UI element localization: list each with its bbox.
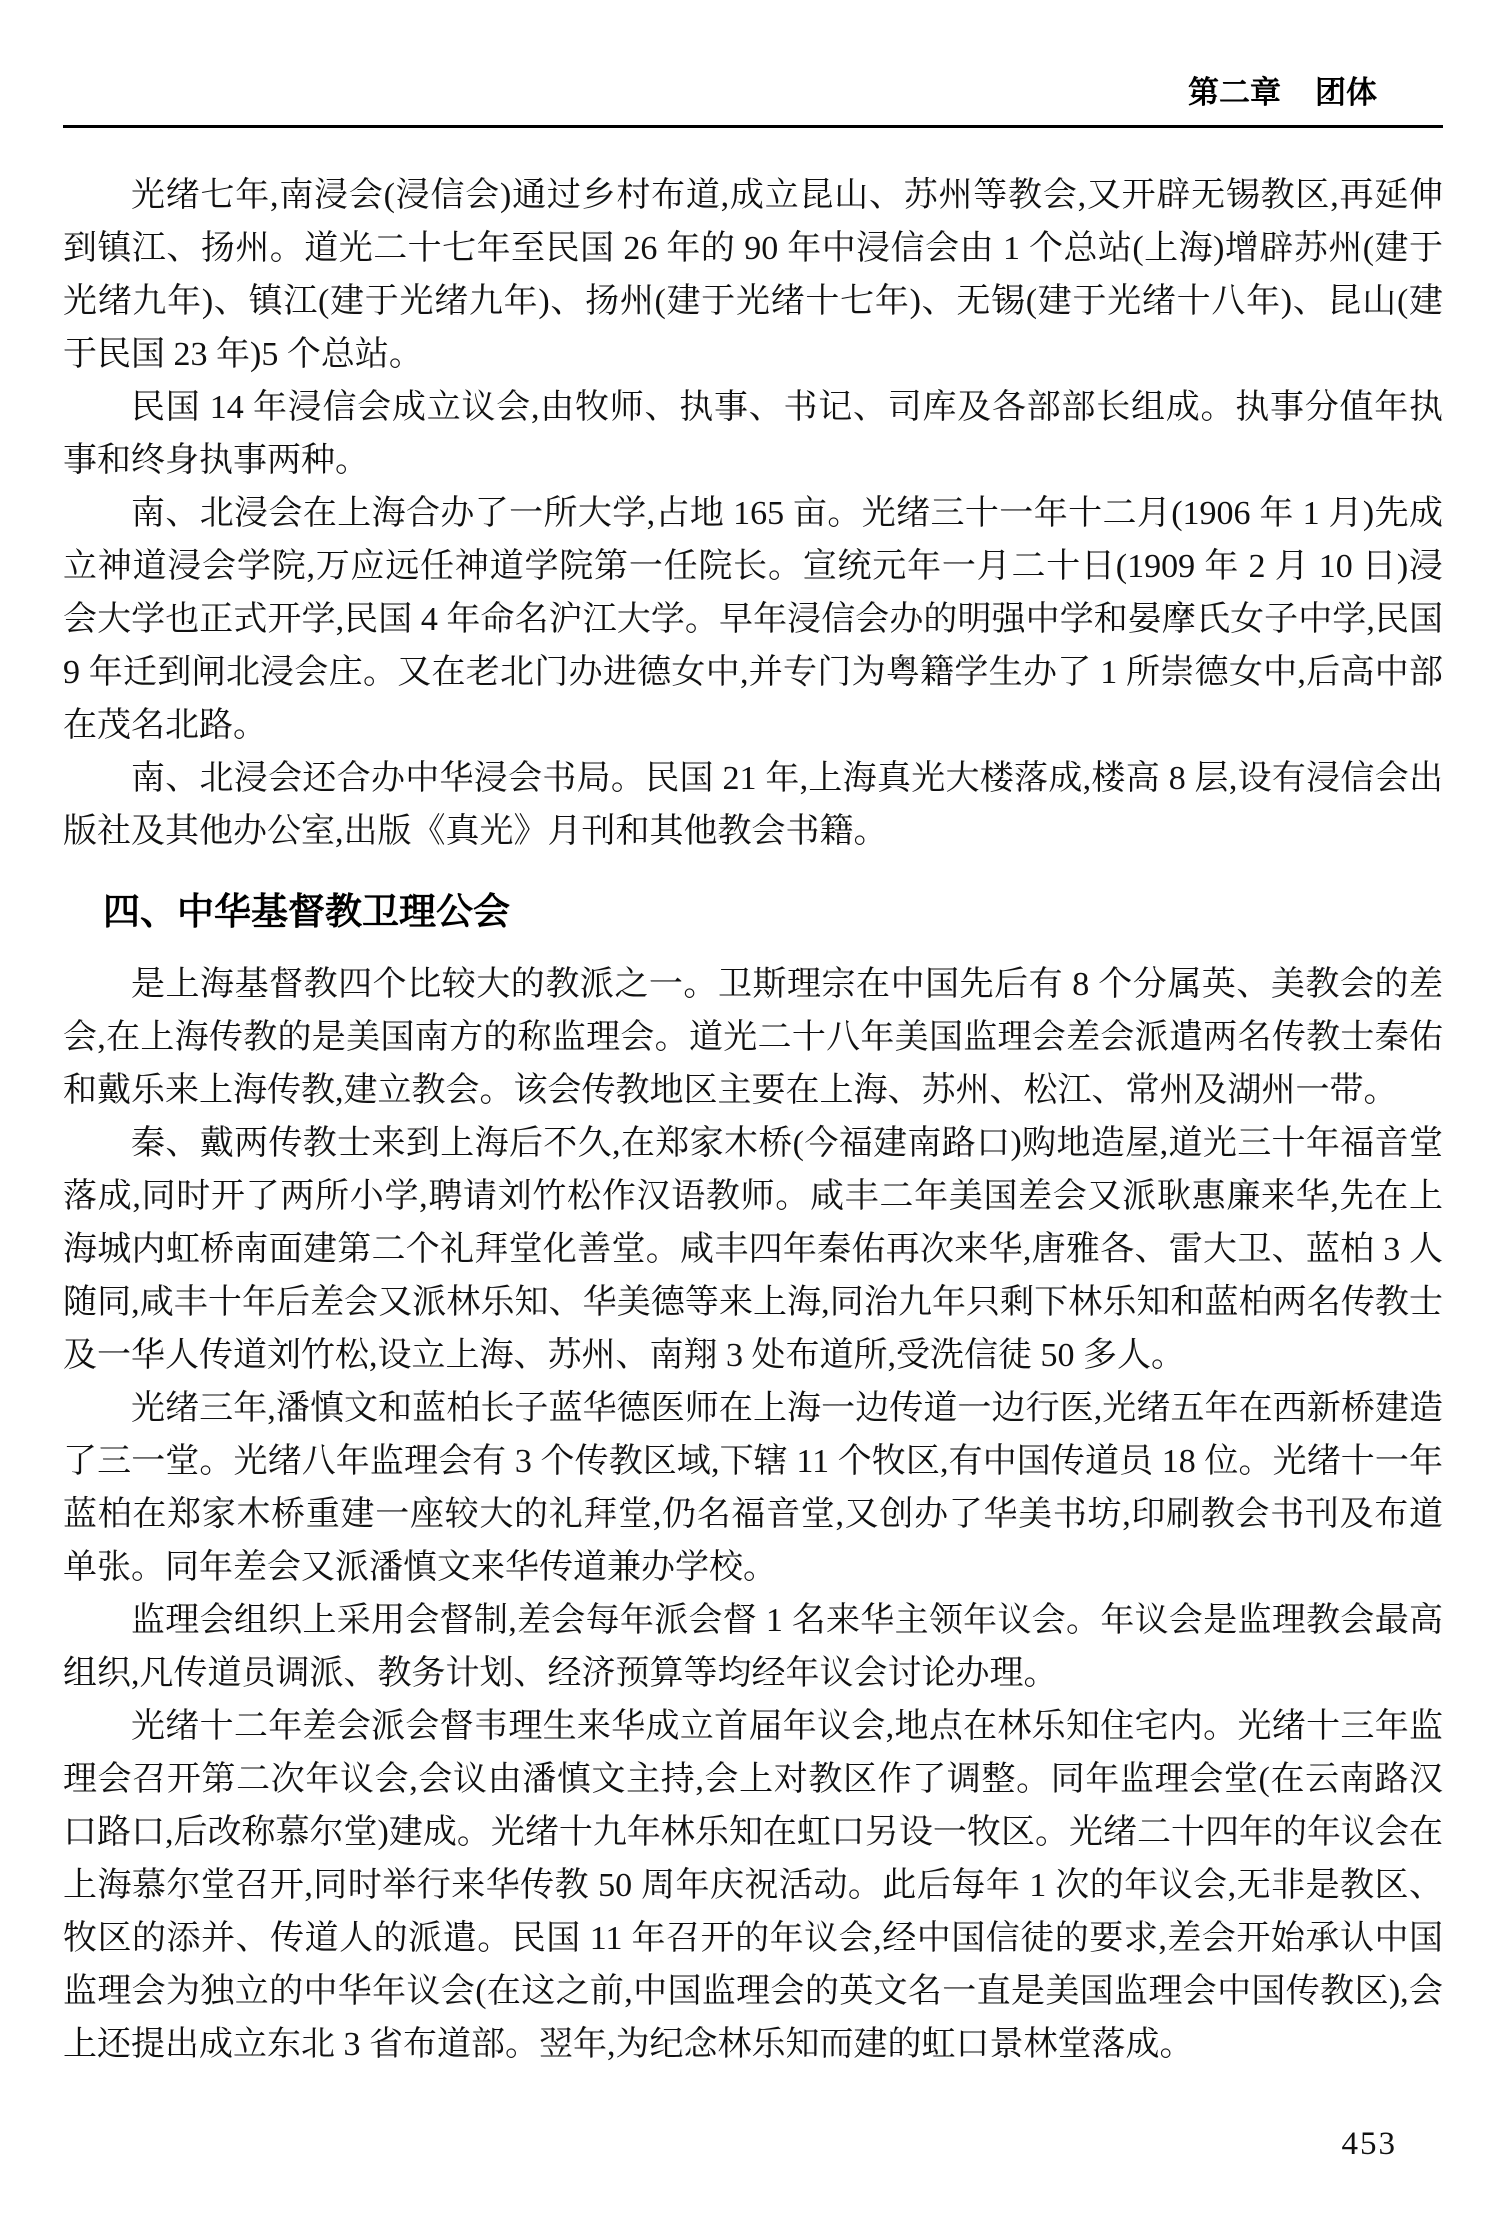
page-number: 453 [1342, 2126, 1398, 2163]
paragraph-methodist-annual-conference: 光绪十二年差会派会督韦理生来华成立首届年议会,地点在林乐知住宅内。光绪十三年监理… [63, 1700, 1443, 2071]
paragraph-methodist-early-missionaries: 秦、戴两传教士来到上海后不久,在郑家木桥(今福建南路口)购地造屋,道光三十年福音… [63, 1117, 1443, 1382]
chapter-label: 第二章 [1188, 75, 1281, 110]
running-header: 第二章团体 [63, 72, 1443, 114]
paragraph-baptist-press: 南、北浸会还合办中华浸会书局。民国 21 年,上海真光大楼落成,楼高 8 层,设… [63, 752, 1443, 858]
paragraph-methodist-guangxu-era: 光绪三年,潘慎文和蓝柏长子蓝华德医师在上海一边传道一边行医,光绪五年在西新桥建造… [63, 1382, 1443, 1594]
paragraph-baptist-university: 南、北浸会在上海合办了一所大学,占地 165 亩。光绪三十一年十二月(1906 … [63, 487, 1443, 752]
chapter-title: 团体 [1315, 75, 1377, 110]
page-body: 光绪七年,南浸会(浸信会)通过乡村布道,成立昆山、苏州等教会,又开辟无锡教区,再… [63, 169, 1443, 2071]
paragraph-methodist-overview: 是上海基督教四个比较大的教派之一。卫斯理宗在中国先后有 8 个分属英、美教会的差… [63, 958, 1443, 1117]
paragraph-baptist-stations: 光绪七年,南浸会(浸信会)通过乡村布道,成立昆山、苏州等教会,又开辟无锡教区,再… [63, 169, 1443, 381]
paragraph-baptist-council: 民国 14 年浸信会成立议会,由牧师、执事、书记、司库及各部部长组成。执事分值年… [63, 381, 1443, 487]
section-heading: 四、中华基督教卫理公会 [103, 888, 1443, 936]
paragraph-methodist-bishop-system: 监理会组织上采用会督制,差会每年派会督 1 名来华主领年议会。年议会是监理教会最… [63, 1594, 1443, 1700]
header-rule [63, 125, 1443, 128]
book-page: 第二章团体 光绪七年,南浸会(浸信会)通过乡村布道,成立昆山、苏州等教会,又开辟… [0, 0, 1500, 2237]
